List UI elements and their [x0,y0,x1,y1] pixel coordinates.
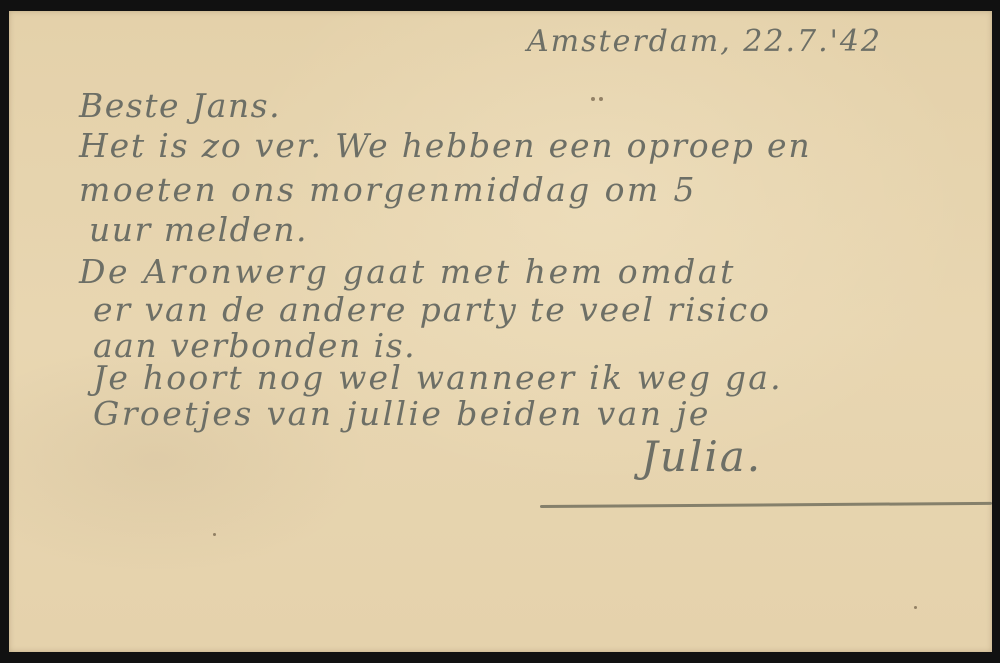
paper-speck [591,97,595,101]
salutation: Beste Jans. [79,89,281,122]
paper-speck [599,97,603,101]
signature: Julia. [641,436,762,478]
postcard: Amsterdam, 22.7.'42 Beste Jans. Het is z… [9,11,992,652]
signature-underline [540,502,992,508]
letter-line-1: Het is zo ver. We hebben een oproep en [79,129,811,162]
letter-line-7: Je hoort nog wel wanneer ik weg ga. [93,361,783,394]
letter-line-5: er van de andere party te veel risico [93,293,771,326]
letter-line-3: uur melden. [89,213,308,246]
letter-line-4: De Aronwerg gaat met hem omdat [79,255,736,288]
letter-line-8: Groetjes van jullie beiden van je [93,397,711,430]
place-date-line: Amsterdam, 22.7.'42 [527,27,882,57]
paper-speck [914,606,917,609]
letter-line-2: moeten ons morgenmiddag om 5 [79,173,697,206]
paper-speck [213,533,216,536]
